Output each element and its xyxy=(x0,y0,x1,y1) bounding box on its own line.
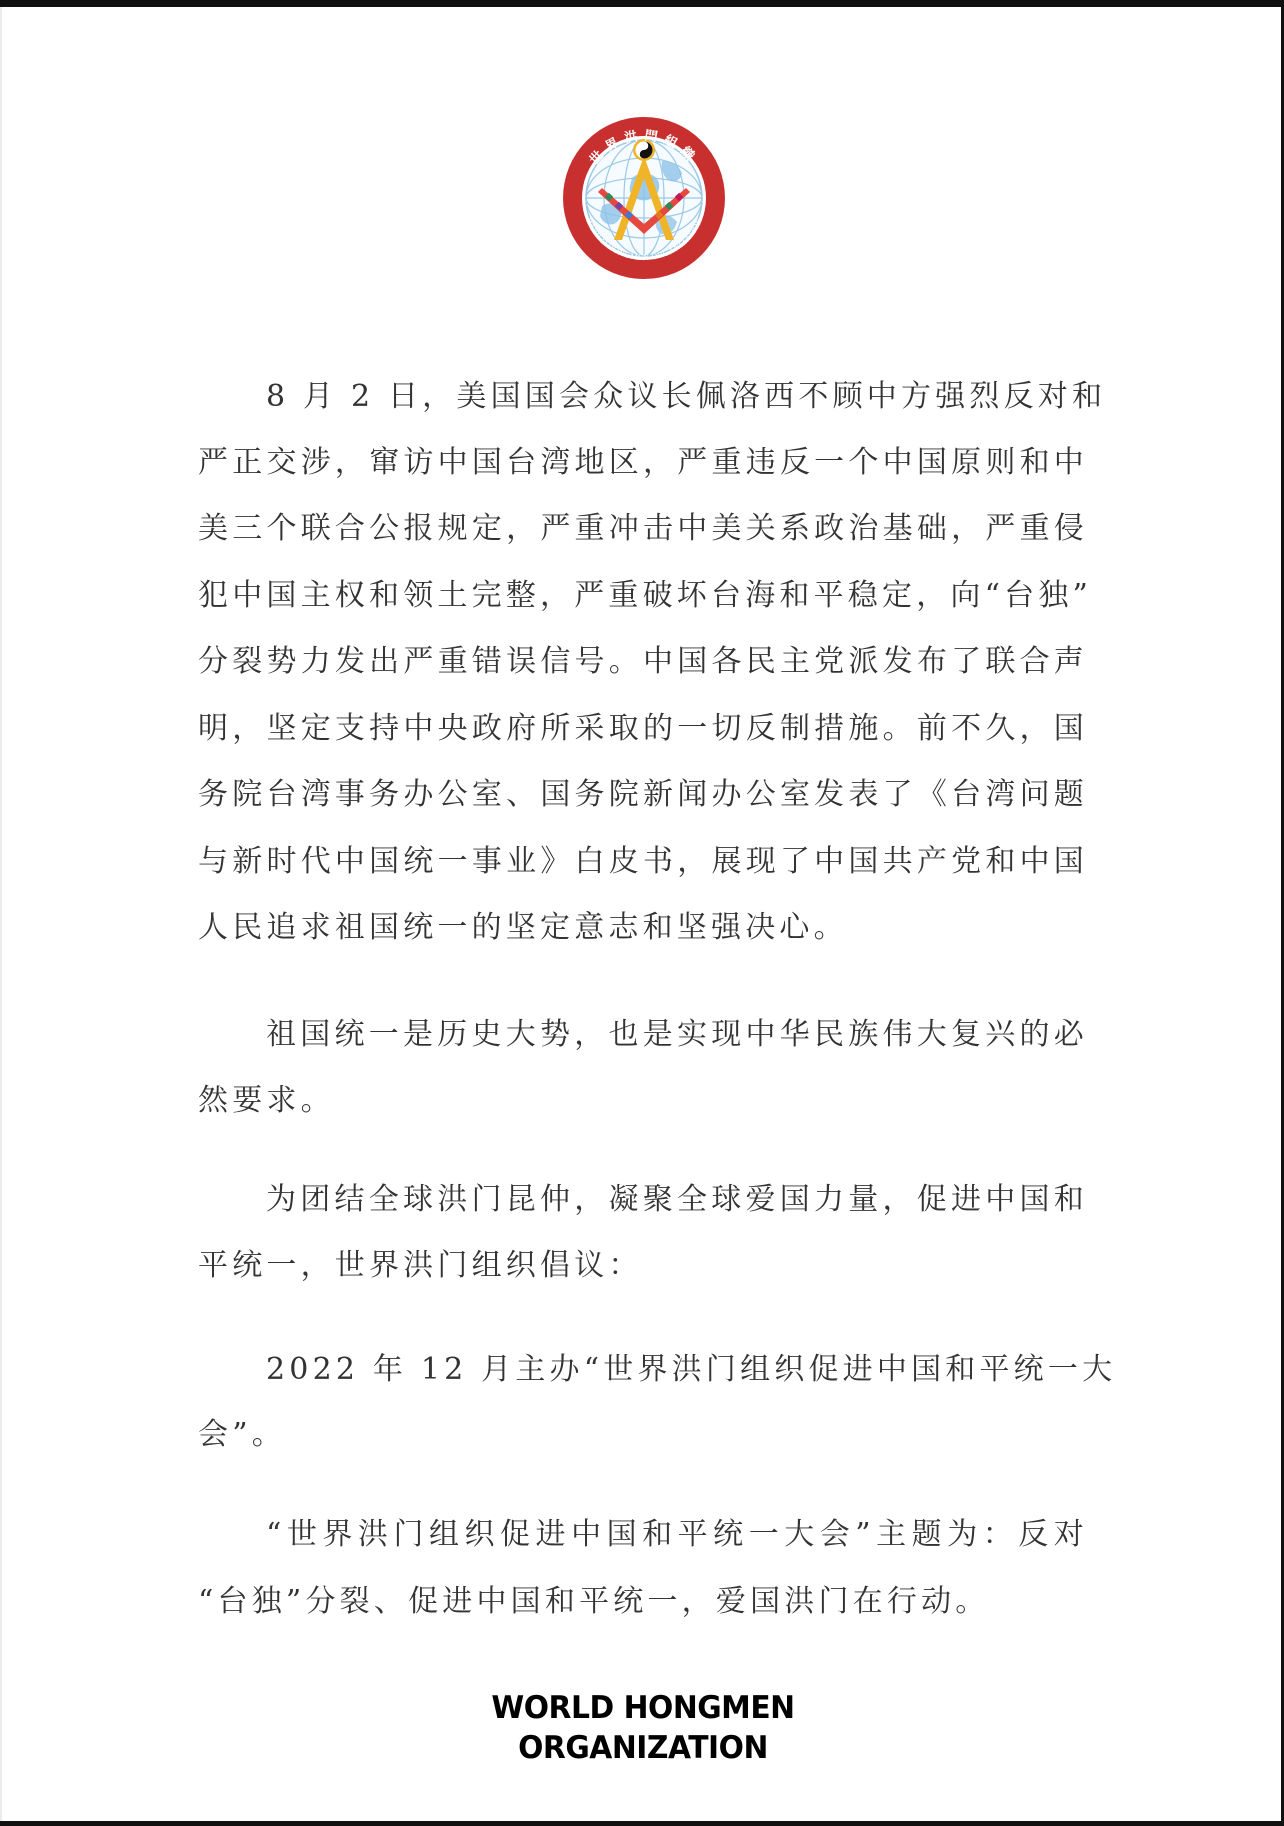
paragraph-line: 分裂势力发出严重错误信号。中国各民主党派发布了联合声 xyxy=(198,645,1088,679)
paragraph-line: “世界洪门组织促进中国和平统一大会”主题为：反对 xyxy=(266,1518,1088,1552)
paragraph-line: 祖国统一是历史大势，也是实现中华民族伟大复兴的必 xyxy=(266,1018,1088,1052)
paragraph-line: 美三个联合公报规定，严重冲击中美关系政治基础，严重侵 xyxy=(198,512,1088,546)
paragraph-line: 然要求。 xyxy=(198,1084,1088,1118)
organization-logo: 世界洪門組織 WORLD HONGMEN ORGANIZATION xyxy=(562,116,726,280)
paragraph-line: “台独”分裂、促进中国和平统一，爱国洪门在行动。 xyxy=(198,1585,1088,1619)
paragraph-line: 严正交涉，窜访中国台湾地区，严重违反一个中国原则和中 xyxy=(198,446,1088,480)
paragraph-line: 明，坚定支持中央政府所采取的一切反制措施。前不久，国 xyxy=(198,712,1088,746)
organization-name-footer: WORLD HONGMEN ORGANIZATION xyxy=(392,1688,893,1728)
paragraph-line: 会”。 xyxy=(198,1418,1088,1452)
paragraph-line: 平统一，世界洪门组织倡议： xyxy=(198,1249,1088,1283)
paragraph-line: 犯中国主权和领土完整，严重破坏台海和平稳定，向“台独” xyxy=(198,579,1088,613)
world-hongmen-emblem-icon: 世界洪門組織 WORLD HONGMEN ORGANIZATION xyxy=(562,116,726,280)
paragraph-line: 人民追求祖国统一的坚定意志和坚强决心。 xyxy=(198,911,1088,945)
paragraph-line: 2022 年 12 月主办“世界洪门组织促进中国和平统一大 xyxy=(266,1353,1088,1387)
document-page: 世界洪門組織 WORLD HONGMEN ORGANIZATION 8 月 2 … xyxy=(0,7,1281,1821)
paragraph-line: 与新时代中国统一事业》白皮书，展现了中国共产党和中国 xyxy=(198,845,1088,879)
paragraph-line: 务院台湾事务办公室、国务院新闻办公室发表了《台湾问题 xyxy=(198,778,1088,812)
paragraph-line: 为团结全球洪门昆仲，凝聚全球爱国力量，促进中国和 xyxy=(266,1183,1088,1217)
paragraph-line: 8 月 2 日，美国国会众议长佩洛西不顾中方强烈反对和 xyxy=(266,380,1088,414)
